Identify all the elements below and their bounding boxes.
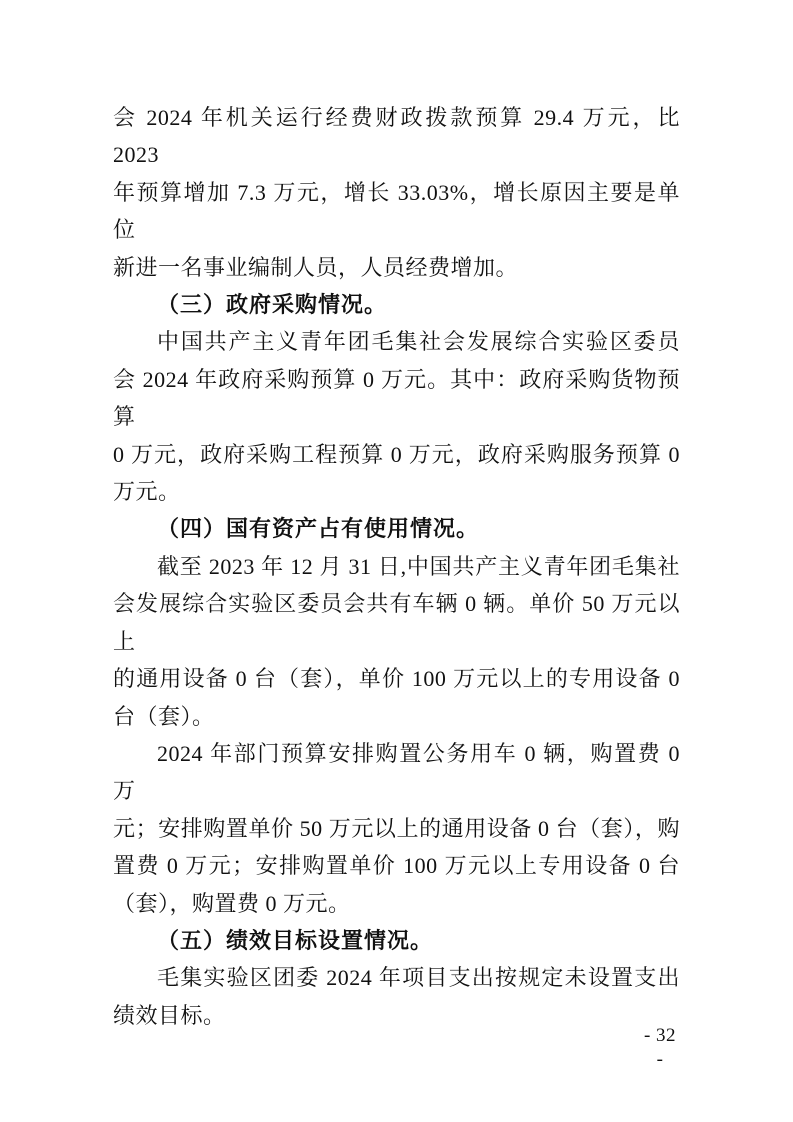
text-line: 毛集实验区团委 2024 年项目支出按规定未设置支出 xyxy=(113,959,680,996)
document-text-block: 会 2024 年机关运行经费财政拨款预算 29.4 万元，比 2023 年预算增… xyxy=(113,99,680,1034)
text-line: 新进一名事业编制人员，人员经费增加。 xyxy=(113,249,680,286)
text-line: 元；安排购置单价 50 万元以上的通用设备 0 台（套），购 xyxy=(113,810,680,847)
text-line: 会 2024 年政府采购预算 0 万元。其中：政府采购货物预算 xyxy=(113,361,680,436)
text-line: （套），购置费 0 万元。 xyxy=(113,885,680,922)
paragraph-government-procurement: 中国共产主义青年团毛集社会发展综合实验区委员 会 2024 年政府采购预算 0 … xyxy=(113,323,680,510)
text-line: 会发展综合实验区委员会共有车辆 0 辆。单价 50 万元以上 xyxy=(113,585,680,660)
paragraph-purchase-plan: 2024 年部门预算安排购置公务用车 0 辆，购置费 0 万 元；安排购置单价 … xyxy=(113,735,680,922)
document-page: 会 2024 年机关运行经费财政拨款预算 29.4 万元，比 2023 年预算增… xyxy=(0,0,793,1122)
paragraph-performance-goals: 毛集实验区团委 2024 年项目支出按规定未设置支出 绩效目标。 xyxy=(113,959,680,1034)
text-line: 中国共产主义青年团毛集社会发展综合实验区委员 xyxy=(113,323,680,360)
text-line: 会 2024 年机关运行经费财政拨款预算 29.4 万元，比 2023 xyxy=(113,99,680,174)
text-line: 绩效目标。 xyxy=(113,997,680,1034)
page-number: - 32 - xyxy=(640,1024,680,1072)
text-line: 台（套）。 xyxy=(113,698,680,735)
text-line: 置费 0 万元；安排购置单价 100 万元以上专用设备 0 台 xyxy=(113,847,680,884)
paragraph-state-assets: 截至 2023 年 12 月 31 日,中国共产主义青年团毛集社 会发展综合实验… xyxy=(113,548,680,735)
paragraph-operating-expense: 会 2024 年机关运行经费财政拨款预算 29.4 万元，比 2023 年预算增… xyxy=(113,99,680,286)
text-line: 2024 年部门预算安排购置公务用车 0 辆，购置费 0 万 xyxy=(113,735,680,810)
text-line: 截至 2023 年 12 月 31 日,中国共产主义青年团毛集社 xyxy=(113,548,680,585)
section-heading-state-assets: （四）国有资产占有使用情况。 xyxy=(113,510,680,547)
section-heading-performance-goals: （五）绩效目标设置情况。 xyxy=(113,922,680,959)
text-line: 万元。 xyxy=(113,473,680,510)
text-line: 的通用设备 0 台（套），单价 100 万元以上的专用设备 0 xyxy=(113,660,680,697)
text-line: 年预算增加 7.3 万元，增长 33.03%，增长原因主要是单位 xyxy=(113,174,680,249)
section-heading-government-procurement: （三）政府采购情况。 xyxy=(113,286,680,323)
text-line: 0 万元，政府采购工程预算 0 万元，政府采购服务预算 0 xyxy=(113,436,680,473)
